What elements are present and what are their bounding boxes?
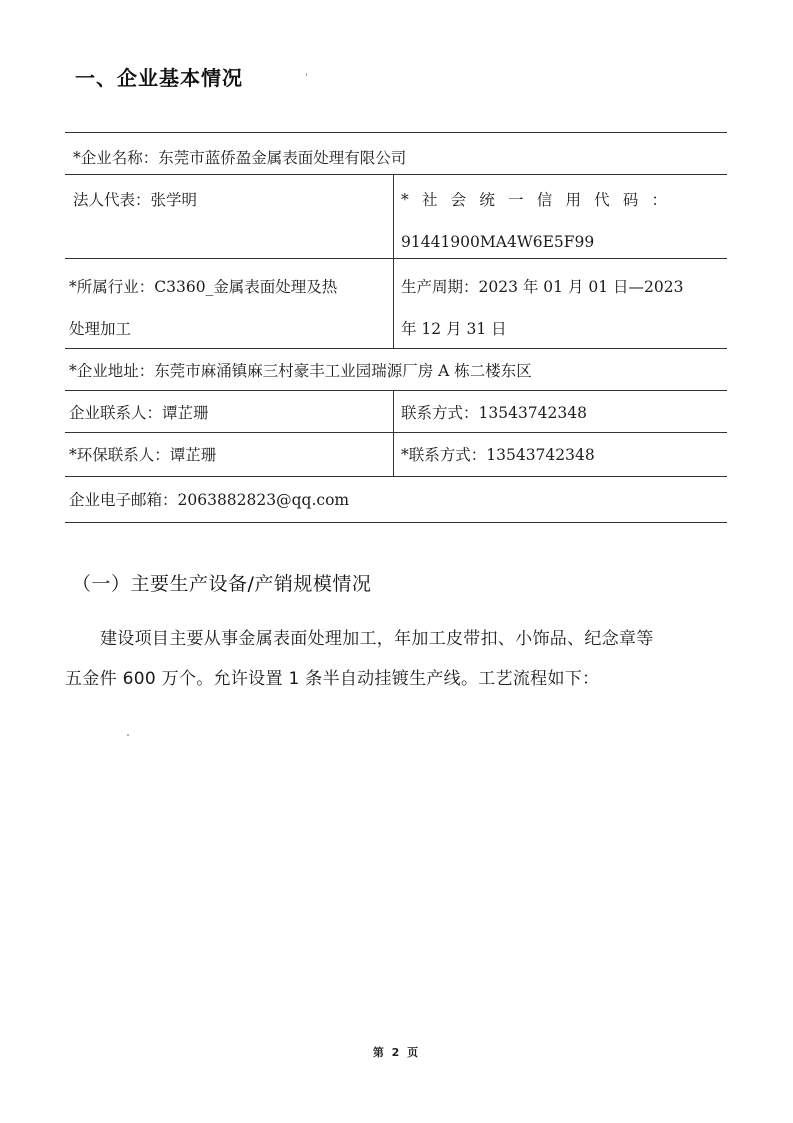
scan-speck [306,73,307,76]
credit-code-label: *社会统一信用代码： [401,190,680,210]
industry-cell-line1: *所属行业：C3360_金属表面处理及热 [69,277,337,297]
email-cell: 企业电子邮箱：2063882823@qq.com [69,490,349,510]
env-contact-cell: *环保联系人：谭芷珊 [69,445,216,465]
section-title: 一、企业基本情况 [75,62,243,91]
company-contact-cell: 企业联系人：谭芷珊 [69,403,209,423]
legal-rep-cell: 法人代表：张学明 [73,190,197,210]
production-period-line1: 生产周期：2023 年 01 月 01 日—2023 [401,277,683,297]
scan-speck [127,734,129,736]
credit-code-value: 91441900MA4W6E5F99 [401,232,594,252]
table-rule [65,432,727,433]
document-page: 一、企业基本情况 *企业名称：东莞市蓝侨盈金属表面处理有限公司 法人代表：张学明… [0,0,793,1123]
page-number: 第 2 页 [0,1044,793,1060]
industry-cell-line2: 处理加工 [69,319,131,339]
paragraph-line-2: 五金件 600 万个。允许设置 1 条半自动挂镀生产线。工艺流程如下： [65,664,730,689]
table-rule-top [65,132,727,133]
company-name-cell: *企业名称：东莞市蓝侨盈金属表面处理有限公司 [73,148,406,168]
company-contact-phone-cell: 联系方式：13543742348 [401,403,587,423]
table-column-divider [393,390,394,476]
table-rule [65,348,727,349]
table-column-divider [393,174,394,348]
production-period-line2: 年 12 月 31 日 [401,319,507,339]
paragraph-line-1: 建设项目主要从事金属表面处理加工，年加工皮带扣、小饰品、纪念章等 [100,624,765,649]
table-rule [65,476,727,477]
address-cell: *企业地址：东莞市麻涌镇麻三村豪丰工业园瑞源厂房 A 栋二楼东区 [69,361,532,381]
table-rule [65,174,727,175]
table-rule [65,258,727,259]
subsection-title: （一）主要生产设备/产销规模情况 [72,569,371,596]
env-contact-phone-cell: *联系方式：13543742348 [401,445,595,465]
table-rule-bottom [65,522,727,523]
table-rule [65,390,727,391]
